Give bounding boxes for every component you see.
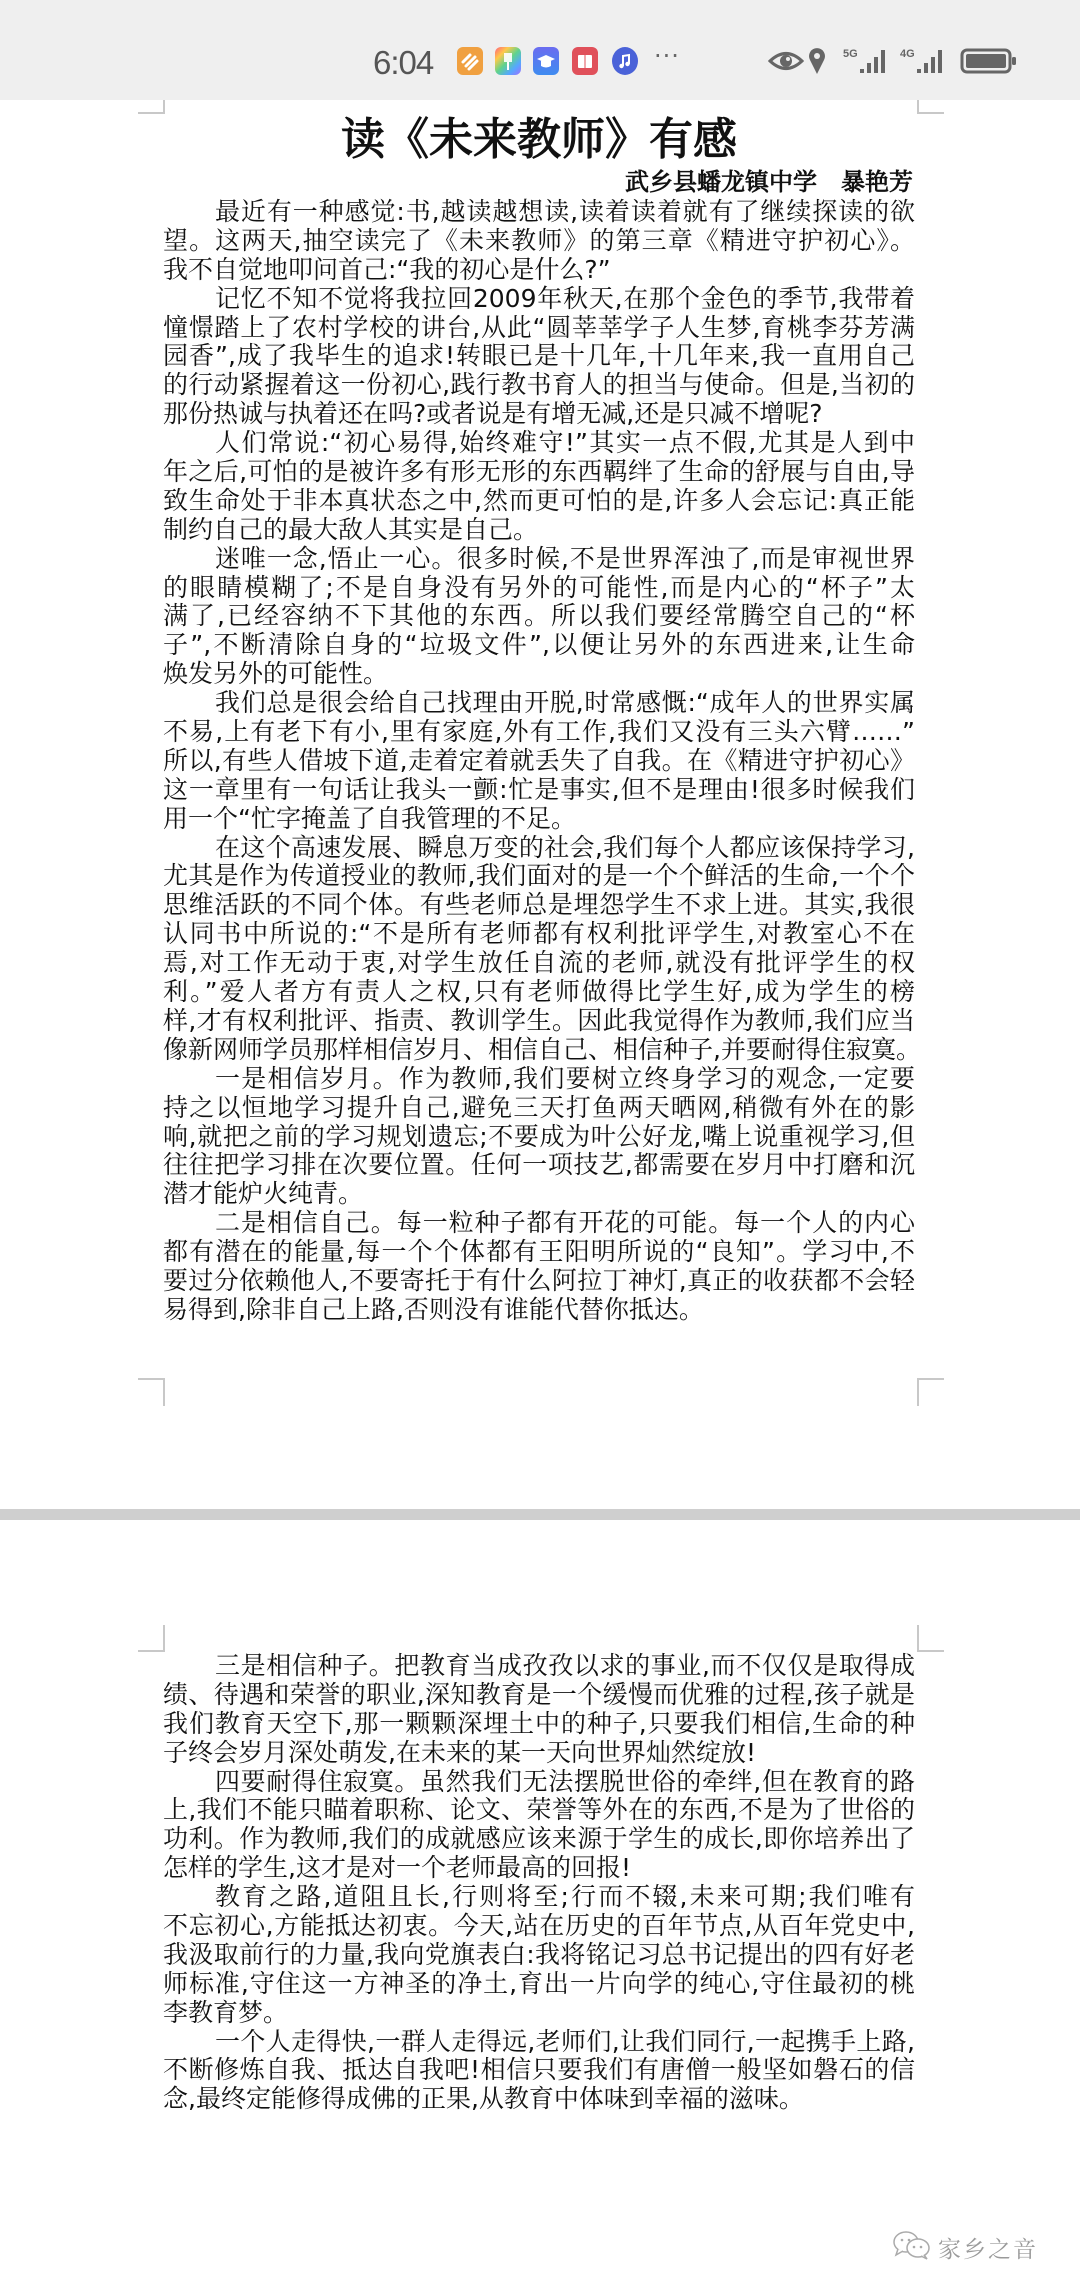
paragraph-line: 致生命处于非本真状态之中,然而更可怕的是,许多人会忘记:真正能: [163, 487, 915, 516]
page-break-divider: [0, 1509, 1080, 1520]
paragraph-line: 这一章里有一句话让我头一颤:忙是事实,但不是理由!很多时候我们: [163, 776, 915, 805]
paragraph-line: 的行动紧握着这一份初心,践行教书育人的担当与使命。但是,当初的: [163, 371, 915, 400]
paragraph-line: 利。”爱人者方有责人之权,只有老师做得比学生好,成为学生的榜: [163, 978, 915, 1007]
paragraph-line: 往往把学习排在次要位置。任何一项技艺,都需要在岁月中打磨和沉: [163, 1151, 915, 1180]
paragraph: 三是相信种子。把教育当成孜孜以求的事业,而不仅仅是取得成绩、待遇和荣誉的职业,深…: [163, 1652, 915, 1768]
paragraph-line: 绩、待遇和荣誉的职业,深知教育是一个缓慢而优雅的过程,孩子就是: [163, 1681, 915, 1710]
paragraph-line: 四要耐得住寂寞。虽然我们无法摆脱世俗的牵绊,但在教育的路: [163, 1768, 915, 1797]
paragraph-line: 尤其是作为传道授业的教师,我们面对的是一个个鲜活的生命,一个个: [163, 862, 915, 891]
paragraph: 在这个高速发展、瞬息万变的社会,我们每个人都应该保持学习,尤其是作为传道授业的教…: [163, 834, 915, 1065]
paragraph-line: 要过分依赖他人,不要寄托于有什么阿拉丁神灯,真正的收获都不会轻: [163, 1267, 915, 1296]
paragraph-line: 响,就把之前的学习规划遗忘;不要成为叶公好龙,嘴上说重视学习,但: [163, 1123, 915, 1152]
health-app-icon: [457, 47, 483, 75]
watermark-text: 家乡之音: [938, 2231, 1038, 2264]
document-author: 武乡县蟠龙镇中学 暴艳芳: [163, 167, 913, 197]
page1-body: 最近有一种感觉:书,越读越想读,读着读着就有了继续探读的欲望。这两天,抽空读完了…: [163, 198, 915, 1325]
battery-icon: [960, 46, 1018, 76]
paragraph-line: 憧憬踏上了农村学校的讲台,从此“圆莘莘学子人生梦,育桃李芬芳满: [163, 314, 915, 343]
paragraph-line: 一是相信岁月。作为教师,我们要树立终身学习的观念,一定要: [163, 1065, 915, 1094]
page1-top-right-mark: [917, 100, 944, 114]
paragraph-line: 焉,对工作无动于衷,对学生放任自流的老师,就没有批评学生的权: [163, 949, 915, 978]
page1-top-left-mark: [138, 100, 165, 114]
page1-bottom-left-mark: [138, 1378, 165, 1406]
paragraph-line: 李教育梦。: [163, 1999, 915, 2028]
svg-text:4G: 4G: [900, 48, 915, 60]
paragraph-line: 那份热诚与执着还在吗?或者说是有增无减,还是只减不增呢?: [163, 400, 915, 429]
paragraph: 二是相信自己。每一粒种子都有开花的可能。每一个人的内心都有潜在的能量,每一个个体…: [163, 1209, 915, 1325]
status-time: 6:04: [373, 44, 433, 82]
paragraph: 四要耐得住寂寞。虽然我们无法摆脱世俗的牵绊,但在教育的路上,我们不能只瞄着职称、…: [163, 1768, 915, 1884]
more-notifications-icon: ···: [654, 42, 680, 70]
paragraph: 最近有一种感觉:书,越读越想读,读着读着就有了继续探读的欲望。这两天,抽空读完了…: [163, 198, 915, 285]
paragraph-line: 记忆不知不觉将我拉回2009年秋天,在那个金色的季节,我带着: [163, 285, 915, 314]
paragraph-line: 易得到,除非自己上路,否则没有谁能代替你抵达。: [163, 1296, 915, 1325]
paragraph-line: 我们总是很会给自己找理由开脱,时常感慨:“成年人的世界实属: [163, 689, 915, 718]
wechat-icon: [892, 2230, 932, 2264]
paragraph-line: 子终会岁月深处萌发,在未来的某一天向世界灿然绽放!: [163, 1739, 915, 1768]
paragraph-line: 潜才能炉火纯青。: [163, 1180, 915, 1209]
book-app-icon: [572, 47, 598, 75]
paragraph-line: 用一个“忙字掩盖了自我管理的不足。: [163, 805, 915, 834]
status-bar: 6:04 ··· 5G 4G: [0, 0, 1080, 100]
document-title: 读《未来教师》有感: [163, 115, 915, 165]
paragraph-line: 像新网师学员那样相信岁月、相信自己、相信种子,并要耐得住寂寞。: [163, 1036, 915, 1065]
paragraph-line: 制约自己的最大敌人其实是自己。: [163, 516, 915, 545]
paragraph-line: 三是相信种子。把教育当成孜孜以求的事业,而不仅仅是取得成: [163, 1652, 915, 1681]
paragraph-line: 在这个高速发展、瞬息万变的社会,我们每个人都应该保持学习,: [163, 834, 915, 863]
paragraph: 迷唯一念,悟止一心。很多时候,不是世界浑浊了,而是审视世界的眼睛模糊了;不是自身…: [163, 545, 915, 689]
paragraph-line: 满了,已经容纳不下其他的东西。所以我们要经常腾空自己的“杯: [163, 602, 915, 631]
paragraph-line: 怎样的学生,这才是对一个老师最高的回报!: [163, 1854, 915, 1883]
4g-signal-icon: 4G: [900, 46, 950, 76]
paragraph-line: 教育之路,道阻且长,行则将至;行而不辍,未来可期;我们唯有: [163, 1883, 915, 1912]
location-icon: [808, 46, 826, 76]
page2-top-right-mark: [917, 1625, 944, 1652]
paragraph-line: 园香”,成了我毕生的追求!转眼已是十几年,十几年来,我一直用自己: [163, 342, 915, 371]
paragraph-line: 不忘初心,方能抵达初衷。今天,站在历史的百年节点,从百年党史中,: [163, 1912, 915, 1941]
paragraph-line: 焕发另外的可能性。: [163, 660, 915, 689]
paragraph: 人们常说:“初心易得,始终难守!”其实一点不假,尤其是人到中年之后,可怕的是被许…: [163, 429, 915, 545]
paragraph-line: 我们教育天空下,那一颗颗深埋土中的种子,只要我们相信,生命的种: [163, 1710, 915, 1739]
education-cap-app-icon: [533, 47, 559, 75]
paragraph-line: 望。这两天,抽空读完了《未来教师》的第三章《精进守护初心》。: [163, 227, 915, 256]
watermark: 家乡之音: [892, 2232, 1038, 2262]
paragraph-line: 的眼睛模糊了;不是自身没有另外的可能性,而是内心的“杯子”太: [163, 574, 915, 603]
paragraph-line: 不断修炼自我、抵达自我吧!相信只要我们有唐僧一般坚如磐石的信: [163, 2056, 915, 2085]
paragraph-line: 所以,有些人借坡下道,走着定着就丢失了自我。在《精进守护初心》: [163, 747, 915, 776]
paragraph-line: 师标准,守住这一方神圣的净土,育出一片向学的纯心,守住最初的桃: [163, 1970, 915, 1999]
eye-comfort-icon: [768, 46, 804, 76]
paragraph-line: 不易,上有老下有小,里有家庭,外有工作,我们又没有三头六臂……”: [163, 718, 915, 747]
paragraph-line: 年之后,可怕的是被许多有形无形的东西羁绊了生命的舒展与自由,导: [163, 458, 915, 487]
music-app-icon: [612, 47, 638, 75]
paragraph-line: 都有潜在的能量,每一个个体都有王阳明所说的“良知”。学习中,不: [163, 1238, 915, 1267]
paragraph-line: 人们常说:“初心易得,始终难守!”其实一点不假,尤其是人到中: [163, 429, 915, 458]
paragraph-line: 我汲取前行的力量,我向党旗表白:我将铭记习总书记提出的四有好老: [163, 1941, 915, 1970]
paragraph-line: 子”,不断清除自身的“垃圾文件”,以便让另外的东西进来,让生命: [163, 631, 915, 660]
paragraph: 记忆不知不觉将我拉回2009年秋天,在那个金色的季节,我带着憧憬踏上了农村学校的…: [163, 285, 915, 429]
paragraph-line: 上,我们不能只瞄着职称、论文、荣誉等外在的东西,不是为了世俗的: [163, 1796, 915, 1825]
paragraph-line: 迷唯一念,悟止一心。很多时候,不是世界浑浊了,而是审视世界: [163, 545, 915, 574]
paragraph-line: 功利。作为教师,我们的成就感应该来源于学生的成长,即你培养出了: [163, 1825, 915, 1854]
page2-body: 三是相信种子。把教育当成孜孜以求的事业,而不仅仅是取得成绩、待遇和荣誉的职业,深…: [163, 1652, 915, 2114]
paragraph-line: 二是相信自己。每一粒种子都有开花的可能。每一个人的内心: [163, 1209, 915, 1238]
paragraph: 教育之路,道阻且长,行则将至;行而不辍,未来可期;我们唯有不忘初心,方能抵达初衷…: [163, 1883, 915, 2027]
paragraph-line: 一个人走得快,一群人走得远,老师们,让我们同行,一起携手上路,: [163, 2028, 915, 2057]
paragraph-line: 思维活跃的不同个体。有些老师总是埋怨学生不求上进。其实,我很: [163, 891, 915, 920]
svg-text:5G: 5G: [843, 48, 858, 60]
paragraph-line: 最近有一种感觉:书,越读越想读,读着读着就有了继续探读的欲: [163, 198, 915, 227]
paragraph-line: 念,最终定能修得成佛的正果,从教育中体味到幸福的滋味。: [163, 2085, 915, 2114]
paragraph-line: 持之以恒地学习提升自己,避免三天打鱼两天晒网,稍微有外在的影: [163, 1094, 915, 1123]
paragraph: 我们总是很会给自己找理由开脱,时常感慨:“成年人的世界实属不易,上有老下有小,里…: [163, 689, 915, 833]
paragraph-line: 认同书中所说的:“不是所有老师都有权利批评学生,对教室心不在: [163, 920, 915, 949]
page1-bottom-right-mark: [917, 1378, 944, 1406]
paint-app-icon: [495, 47, 521, 75]
page2-top-left-mark: [138, 1625, 165, 1652]
paragraph: 一是相信岁月。作为教师,我们要树立终身学习的观念,一定要持之以恒地学习提升自己,…: [163, 1065, 915, 1209]
paragraph: 一个人走得快,一群人走得远,老师们,让我们同行,一起携手上路,不断修炼自我、抵达…: [163, 2028, 915, 2115]
5g-signal-icon: 5G: [843, 46, 893, 76]
paragraph-line: 我不自觉地叩问首己:“我的初心是什么?”: [163, 256, 915, 285]
paragraph-line: 样,才有权利批评、指责、教训学生。因此我觉得作为教师,我们应当: [163, 1007, 915, 1036]
